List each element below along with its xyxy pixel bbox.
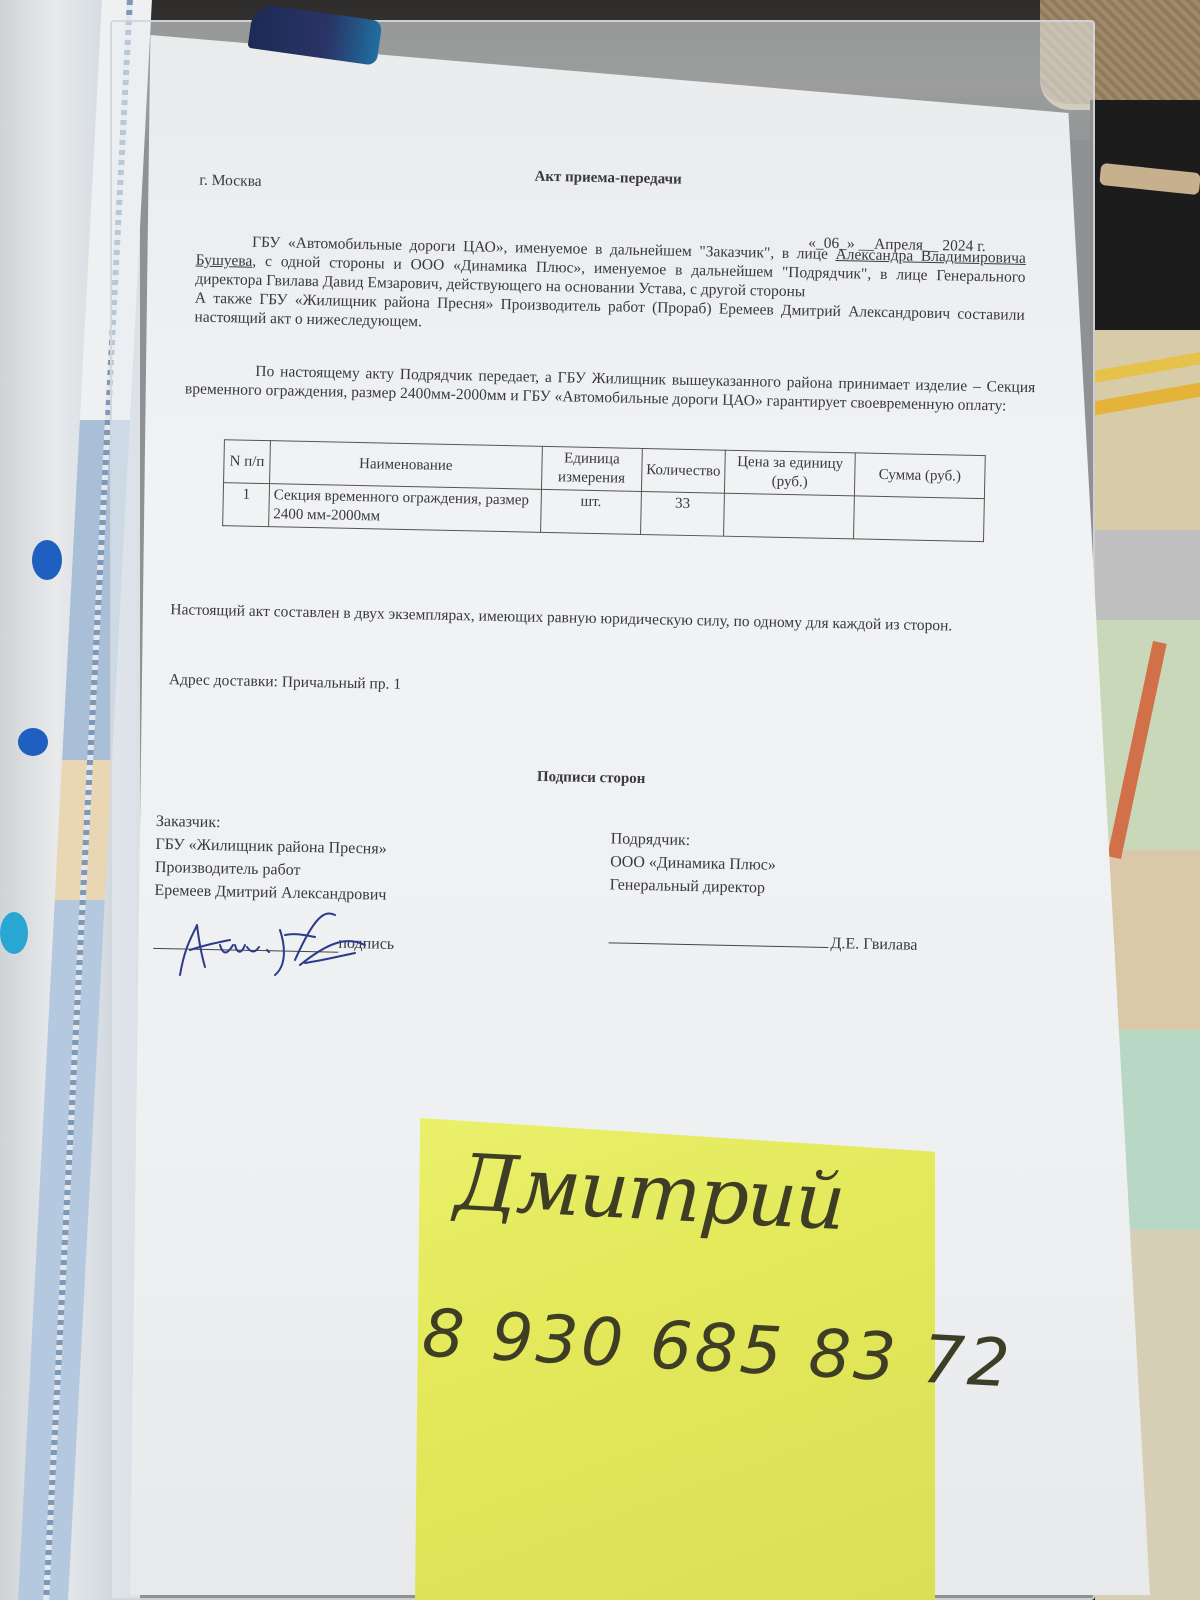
contractor-name: Д.Е. Гвилава xyxy=(830,935,917,954)
items-table: N п/п Наименование Единица измерения Кол… xyxy=(222,439,986,542)
document-title: Акт приема-передачи xyxy=(534,168,682,190)
contractor-label: Подрядчик: xyxy=(610,827,776,853)
binder-hole xyxy=(18,728,48,756)
contractor-block: Подрядчик: ООО «Динамика Плюс» Генеральн… xyxy=(609,827,776,899)
handwritten-signature xyxy=(175,905,375,980)
cell-sum xyxy=(854,496,985,542)
document-intro-paragraph: ГБУ «Автомобильные дороги ЦАО», именуемо… xyxy=(194,213,1026,344)
header-sum: Сумма (руб.) xyxy=(854,453,985,499)
binder-hole xyxy=(32,540,62,580)
contractor-position: Генеральный директор xyxy=(609,873,775,899)
signatures-title: Подписи сторон xyxy=(537,768,646,789)
header-price: Цена за единицу (руб.) xyxy=(725,450,856,496)
header-unit: Единица измерения xyxy=(541,446,642,491)
header-qty: Количество xyxy=(641,448,725,493)
cell-price xyxy=(724,493,855,539)
contractor-org: ООО «Динамика Плюс» xyxy=(610,850,776,876)
binder-hole xyxy=(0,912,28,954)
cell-qty: 33 xyxy=(640,491,724,536)
cell-name: Секция временного ограждения, размер 240… xyxy=(269,484,542,533)
background-dark-area xyxy=(1090,100,1200,350)
header-name: Наименование xyxy=(270,441,543,490)
header-num: N п/п xyxy=(224,440,271,484)
customer-block: Заказчик: ГБУ «Жилищник района Пресня» П… xyxy=(154,810,388,907)
cell-num: 1 xyxy=(223,483,270,527)
customer-name: Еремеев Дмитрий Александрович xyxy=(154,879,386,907)
signature-line xyxy=(608,942,828,948)
document-city: г. Москва xyxy=(199,171,262,191)
cell-unit: шт. xyxy=(540,489,641,534)
